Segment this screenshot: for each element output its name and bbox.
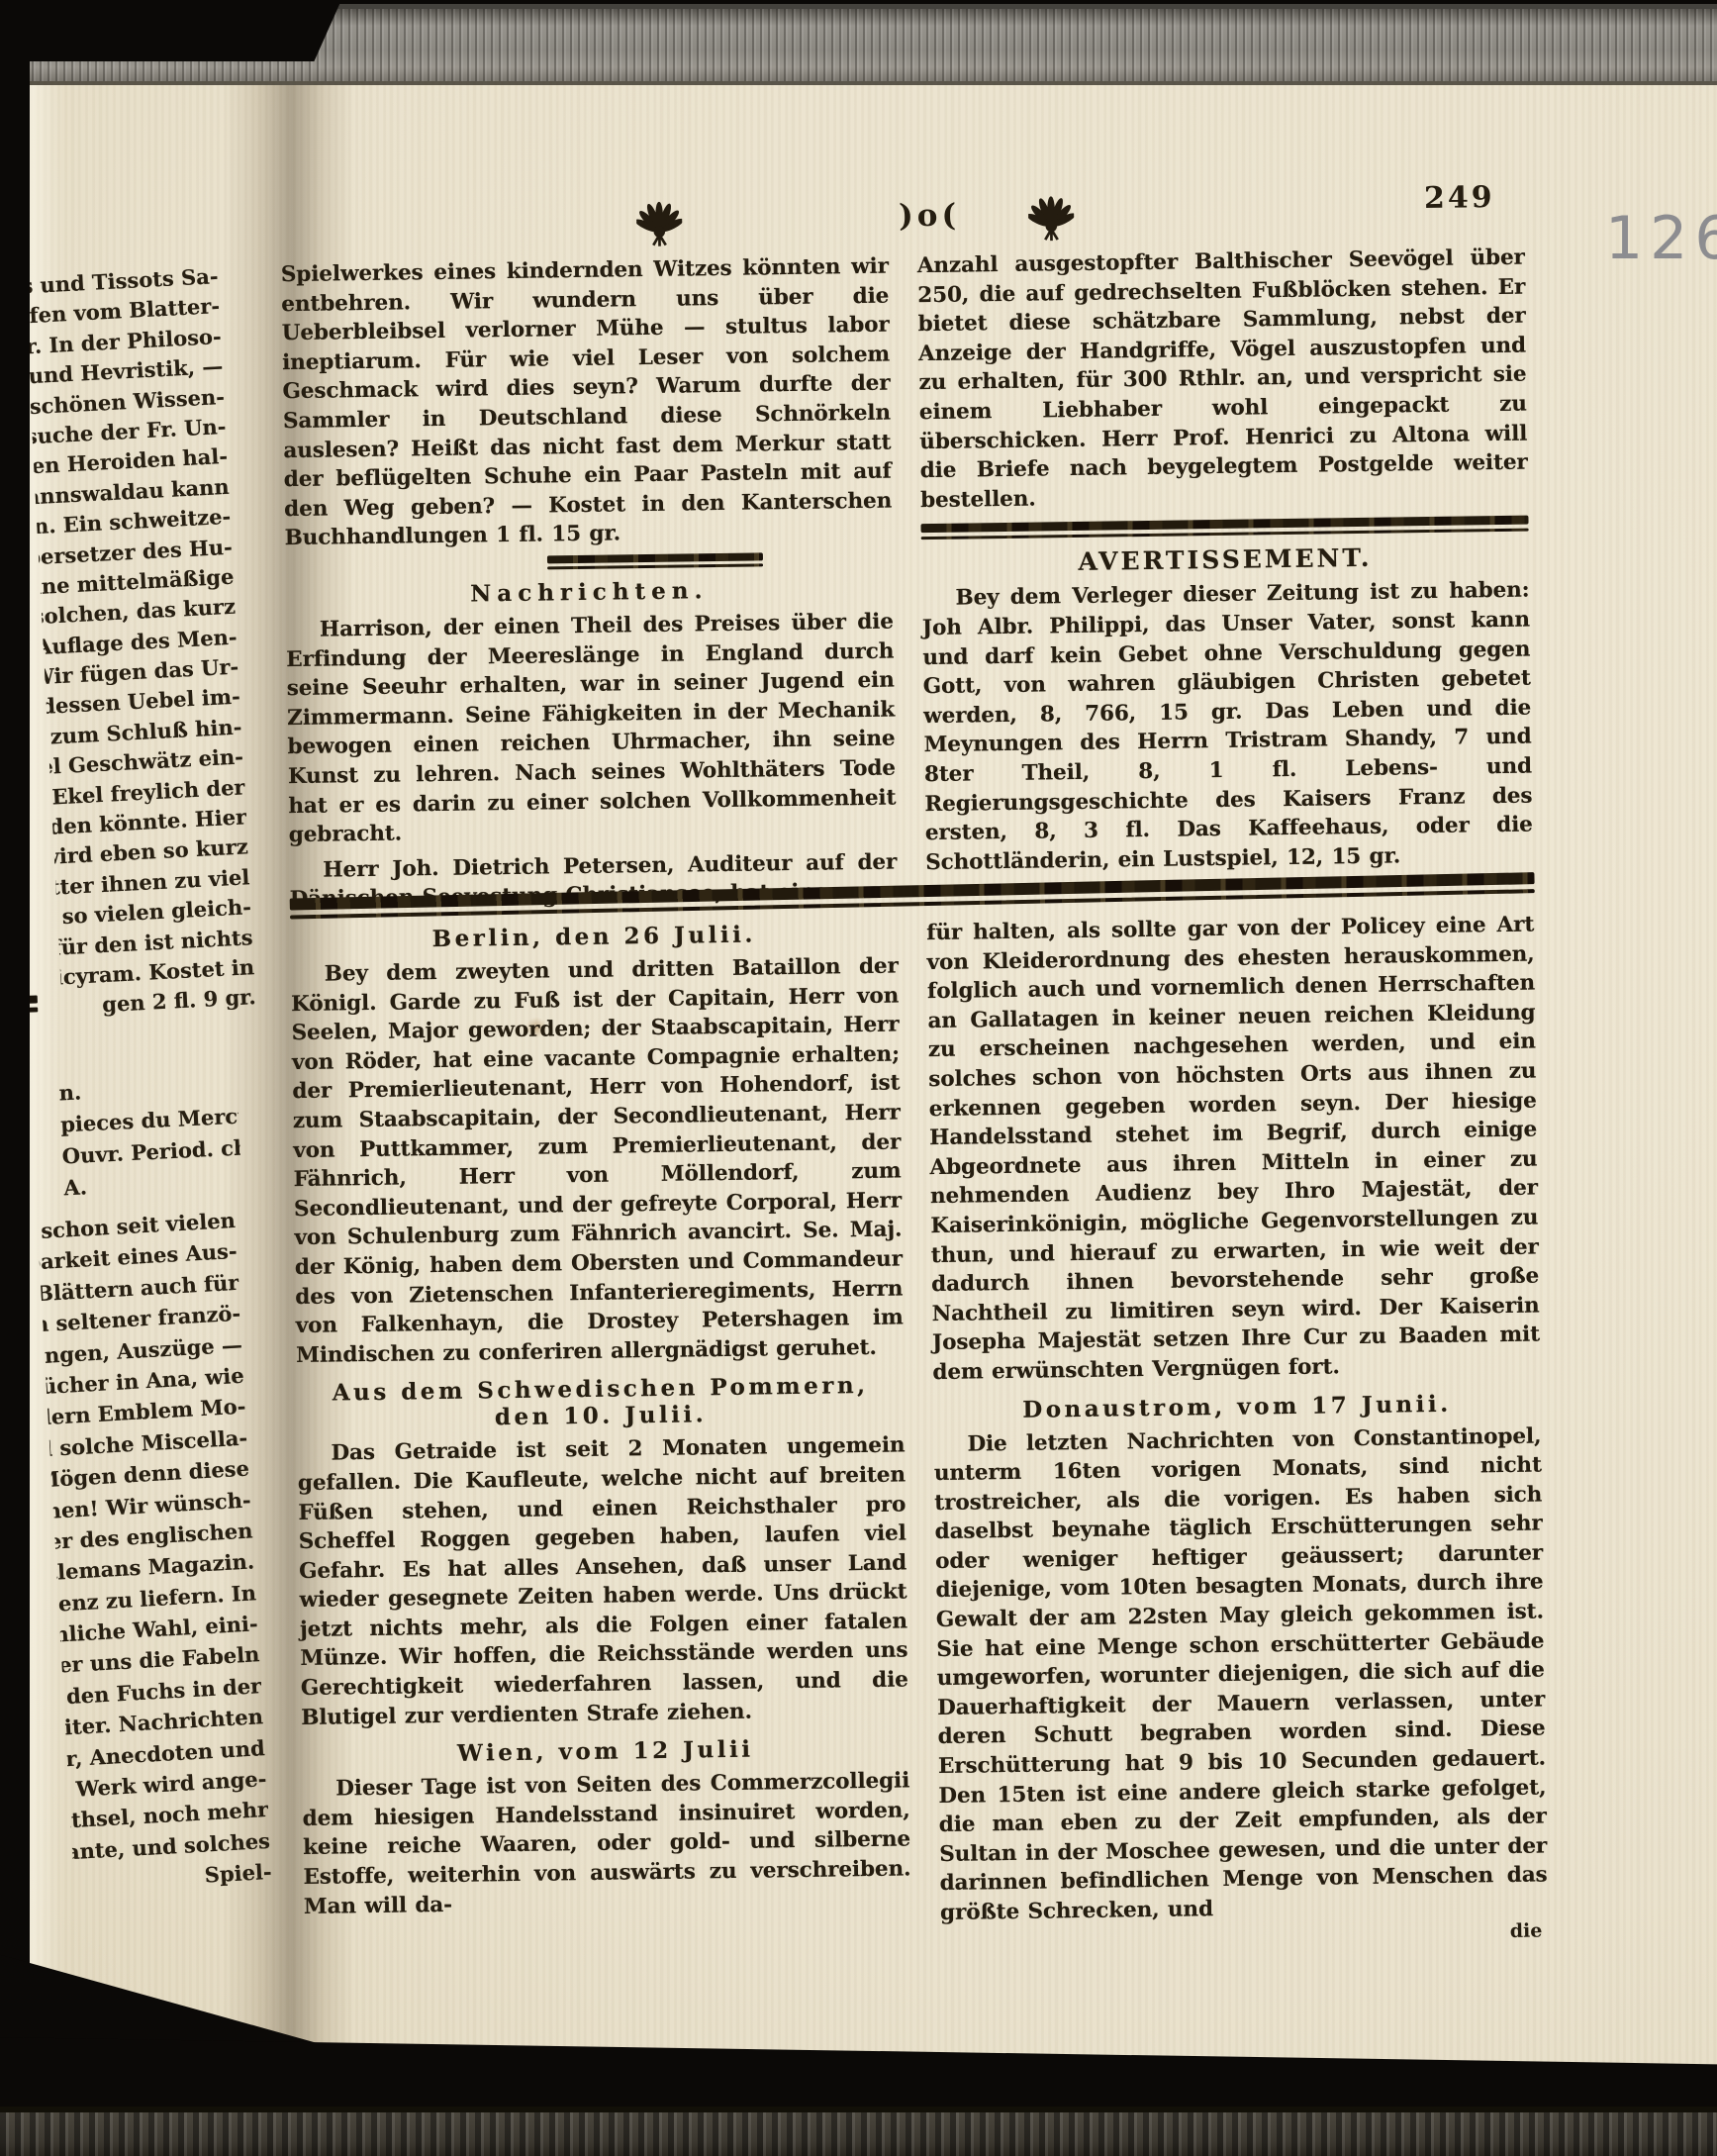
facing-page-margin-block3: liegt schon seit vielenutzbarkeit eines … <box>37 1208 272 1902</box>
nachrichten-header: Nachrichten. <box>285 574 893 610</box>
avertissement-header: AVERTISSEMENT. <box>921 541 1529 579</box>
paper-page: )o( 249 ers und <box>30 81 1717 2079</box>
top-right-column: Anzahl ausgestopfter Balthischer Seevöge… <box>917 244 1534 878</box>
photo-background-top-left <box>0 0 341 61</box>
paragraph-policey: für halten, als sollte gar von der Polic… <box>926 911 1541 1388</box>
paragraph-donaustrom: Die letzten Nachrichten von Constantinop… <box>933 1421 1548 1928</box>
printed-text-layer: )o( 249 ers und <box>19 76 1717 2094</box>
paragraph-spielwerk: Spielwerkes eines kindernden Witzes könn… <box>281 252 893 553</box>
paragraph-wien: Dieser Tage ist von Seiten des Commerzco… <box>302 1767 911 1922</box>
berlin-header: Berlin, den 26 Julii. <box>290 920 898 955</box>
wien-header: Wien, vom 12 Julii <box>302 1734 909 1770</box>
bottom-left-column: Berlin, den 26 Julii. Bey dem zweyten un… <box>290 920 911 1922</box>
photo-background-left <box>0 0 30 2156</box>
paragraph-avertissement: Bey dem Verleger dieser Zeitung ist zu h… <box>921 576 1533 877</box>
scanned-newspaper-page: )o( 249 ers und <box>0 0 1717 2156</box>
shell-ornament-icon <box>1028 194 1075 245</box>
bottom-right-column: für halten, als sollte gar von der Polic… <box>926 911 1549 1958</box>
paragraph-harrison: Harrison, der einen Theil des Preises üb… <box>286 607 897 849</box>
catchword: die <box>1510 1919 1543 1941</box>
section-divider-col2 <box>920 516 1528 540</box>
paragraph-pommern: Das Getraide ist seit 2 Monaten ungemein… <box>297 1431 908 1732</box>
facing-page-margin-block2: n.pieces du Mercure deOuvr. Period. chez… <box>58 1072 242 1208</box>
top-left-column: Spielwerkes eines kindernden Witzes könn… <box>281 252 898 915</box>
paragraph-berlin: Bey dem zweyten und dritten Bataillon de… <box>291 952 905 1371</box>
book-bottom-edge <box>0 2107 1717 2156</box>
facing-page-margin-column: ers und Tissots Sa-Briefen vom Blatter-e… <box>24 263 256 1025</box>
column-separator-mark: )o( <box>870 197 989 235</box>
donaustrom-header: Donaustrom, vom 17 Junii. <box>933 1389 1541 1424</box>
page-number: 249 <box>1424 180 1495 216</box>
archive-stamp-number: 126 <box>1605 204 1717 273</box>
shell-ornament-icon <box>636 199 683 249</box>
section-divider-small <box>547 552 763 569</box>
paragraph-seevoegel: Anzahl ausgestopfter Balthischer Seevöge… <box>917 244 1529 516</box>
